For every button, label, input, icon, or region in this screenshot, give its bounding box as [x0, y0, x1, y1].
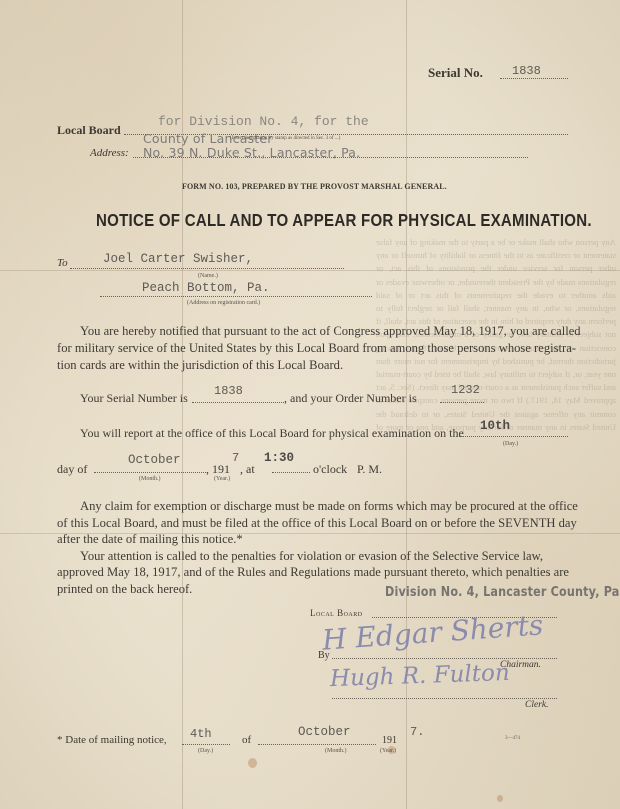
mailing-label: * Date of mailing notice,: [57, 734, 167, 746]
report-time: 1:30: [264, 451, 294, 465]
name-line: [70, 268, 344, 269]
address-caption: (Address on registration card.): [187, 300, 260, 306]
paragraph3-line1: Your attention is called to the penaltie…: [80, 549, 543, 564]
order-number-value: 1232: [451, 383, 480, 397]
ampm: P. M.: [357, 462, 382, 477]
paragraph3-line2: approved May 18, 1917, and of the Rules …: [57, 565, 569, 580]
recipient-address: Peach Bottom, Pa.: [142, 281, 270, 295]
year-caption: (Year.): [214, 476, 230, 482]
to-label: To: [57, 257, 68, 269]
mailing-of: of: [242, 734, 251, 746]
local-board-sign-label: Local Board: [310, 608, 363, 618]
form-header: FORM NO. 103, PREPARED BY THE PROVOST MA…: [182, 182, 447, 191]
report-month: October: [128, 453, 181, 467]
report-month-line: [94, 472, 206, 473]
address-stamp: No. 39 N. Duke St., Lancaster, Pa.: [143, 145, 360, 160]
recipient-name: Joel Carter Swisher,: [103, 252, 253, 266]
paragraph2-line1: Any claim for exemption or discharge mus…: [80, 499, 578, 514]
serial-label: Serial No.: [428, 65, 483, 81]
serial-number-text: Your Serial Number is: [80, 391, 188, 406]
recipient-address-line: [100, 296, 372, 297]
mailing-year-caption: (Year.): [380, 748, 396, 754]
page-title: NOTICE OF CALL AND TO APPEAR FOR PHYSICA…: [96, 210, 592, 231]
clerk-line: [332, 698, 557, 699]
local-board-insert-note: (Insert designation by stamp as directed…: [230, 136, 340, 141]
print-code: 3—474: [505, 736, 520, 741]
report-year-digit: 7: [232, 451, 239, 465]
report-text: You will report at the office of this Lo…: [80, 426, 464, 441]
paragraph1-line3: tion cards are within the jurisdiction o…: [57, 358, 343, 373]
board-stamp: Division No. 4, Lancaster County, Pa.: [385, 585, 620, 600]
oclock-text: o'clock: [313, 462, 347, 477]
serial-number-value: 1838: [214, 384, 243, 398]
serial-value: 1838: [512, 64, 541, 78]
mailing-month: October: [298, 725, 351, 739]
order-number-text: , and your Order Number is: [284, 391, 417, 406]
paragraph1-line2: for military service of the United State…: [57, 341, 576, 356]
report-day: 10th: [480, 419, 510, 433]
report-day-line: [456, 436, 568, 437]
mailing-day: 4th: [190, 727, 212, 741]
day-of-text: day of: [57, 462, 87, 477]
paragraph1-line1: You are hereby notified that pursuant to…: [80, 324, 581, 339]
order-number-line: [440, 402, 484, 403]
by-label: By: [318, 650, 330, 661]
report-time-line: [272, 472, 310, 473]
serial-number-line: [192, 402, 284, 403]
mailing-year-prefix: 191: [382, 735, 397, 746]
mailing-day-line: [182, 744, 230, 745]
local-board-stamp-line1: for Division No. 4, for the: [158, 114, 369, 129]
clerk-label: Clerk.: [525, 700, 548, 710]
paragraph3-line3: printed on the back hereof.: [57, 582, 192, 597]
stain: [248, 758, 257, 768]
address-label: Address:: [90, 147, 129, 159]
serial-line: [500, 78, 568, 79]
mailing-year-digit: 7.: [410, 725, 424, 739]
day-caption: (Day.): [503, 441, 518, 447]
paragraph2-line2: of this Local Board, and must be filed a…: [57, 516, 577, 531]
stain: [497, 795, 503, 802]
mailing-month-caption: (Month.): [325, 748, 347, 754]
local-board-label: Local Board: [57, 123, 121, 138]
year-prefix: , 191: [206, 462, 230, 477]
at-text: , at: [240, 462, 255, 477]
name-caption: (Name.): [198, 273, 218, 279]
month-caption: (Month.): [139, 476, 161, 482]
paragraph2-line3: after the date of mailing this notice.*: [57, 532, 243, 547]
mailing-day-caption: (Day.): [198, 748, 213, 754]
mailing-month-line: [258, 744, 376, 745]
chairman-line: [332, 658, 557, 659]
